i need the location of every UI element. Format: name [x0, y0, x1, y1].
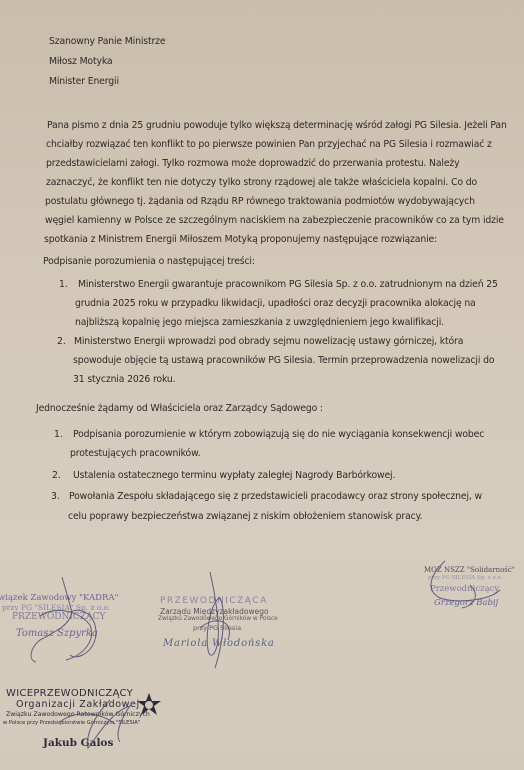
list-number: 1.: [54, 429, 63, 440]
intro-line: węgiel kamienny w Polsce ze szczególnym …: [45, 215, 504, 226]
letter-page: Szanowny Panie Ministrze Miłosz Motyka M…: [0, 0, 524, 770]
list-item-line: celu poprawy bezpieczeństwa związanej z …: [68, 511, 422, 522]
list-number: 2.: [52, 470, 61, 481]
list-item-line: Ustalenia ostatecznego terminu wypłaty z…: [73, 470, 395, 481]
salutation-line: Szanowny Panie Ministrze: [49, 36, 165, 47]
stamp-line: Przewodniczący: [430, 584, 499, 594]
signatory-name: Mariola Włodońska: [163, 638, 275, 649]
stamp-line: wiązek Zawodowy "KADRA": [0, 593, 118, 603]
list-item-line: Ministerstwo Energii wprowadzi pod obrad…: [74, 336, 463, 347]
stamp-line: przy PG "SILESIA" Sp. z o.o.: [2, 603, 110, 612]
stamp-line: Organizacji Zakładowej: [16, 699, 140, 710]
intro-line: zaznaczyć, że konflikt ten nie dotyczy t…: [46, 177, 477, 188]
handwritten-signatures-icon: [0, 0, 524, 770]
list-item-line: Podpisania porozumienie w którym zobowią…: [73, 429, 484, 440]
demands-heading: Jednocześnie żądamy od Właściciela oraz …: [36, 403, 323, 414]
intro-line: Pana pismo z dnia 25 grudniu powoduje ty…: [47, 120, 507, 131]
stamp-line: Związku Zawodowego Górników w Polsce: [158, 616, 278, 622]
list-item-line: spowoduje objęcie tą ustawą pracowników …: [73, 355, 494, 366]
intro-line: spotkania z Ministrem Energii Miłoszem M…: [44, 234, 437, 245]
signatory-name: Tomasz Szpyrka: [16, 628, 98, 639]
stamp-line: przy PG SILESIA Sp. z o.o.: [428, 575, 502, 581]
signatory-name: Jakub Galos: [43, 737, 113, 749]
signatory-name: Grzegorz Babij: [434, 598, 498, 608]
salutation-line: Miłosz Motyka: [49, 56, 112, 67]
list-item-line: grudnia 2025 roku w przypadku likwidacji…: [75, 298, 476, 309]
list-number: 3.: [51, 491, 60, 502]
stamp-line: w Polsce przy Przedsiębiorstwie Górniczy…: [3, 720, 140, 726]
list-item-line: najbliższą kopalnię jego miejsca zamiesz…: [75, 317, 444, 328]
intro-line: przedstawicielami załogi. Tylko rozmowa …: [46, 158, 459, 169]
list-number: 2.: [57, 336, 66, 347]
list-item-line: protestujących pracowników.: [70, 448, 201, 459]
stamp-line: PRZEWODNICZĄCY: [12, 612, 105, 622]
list-item-line: Powołania Zespołu składającego się z prz…: [69, 491, 482, 502]
salutation-line: Minister Energii: [49, 76, 119, 87]
intro-line: postulatu głównego tj. żądania od Rządu …: [45, 196, 475, 207]
stamp-line: Zarządu Międzyzakładowego: [160, 607, 269, 616]
stamp-line: PRZEWODNICZĄCA: [160, 596, 268, 606]
stamp-line: Związku Zawodowego Ratowników Górniczych: [6, 711, 150, 718]
list-number: 1.: [59, 279, 68, 290]
stamp-line: przy PG Silesia: [193, 624, 241, 632]
list-item-line: 31 stycznia 2026 roku.: [73, 374, 175, 385]
stamp-line: MOZ NSZZ "Solidarność": [424, 566, 515, 574]
intro-line: chciałby rozwiązać ten konflikt to po pi…: [46, 139, 492, 150]
list-item-line: Ministerstwo Energii gwarantuje pracowni…: [78, 279, 498, 290]
stamp-line: WICEPRZEWODNICZĄCY: [6, 688, 133, 699]
agreement-heading: Podpisanie porozumienia o następującej t…: [43, 256, 255, 267]
